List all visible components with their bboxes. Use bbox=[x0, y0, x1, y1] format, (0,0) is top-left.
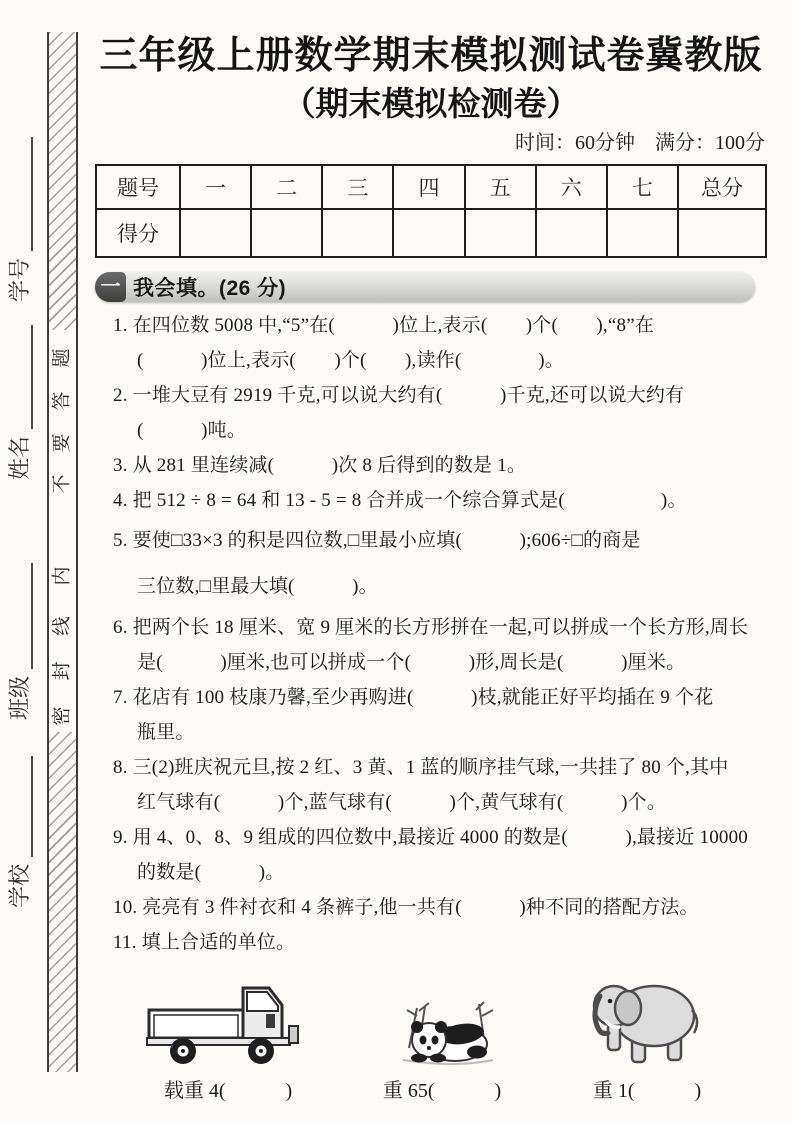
score-blank-cell bbox=[393, 209, 464, 257]
school-label: 学校 bbox=[7, 864, 33, 908]
seal-line-character: 线 bbox=[52, 613, 74, 640]
truck-icon bbox=[143, 974, 313, 1066]
main-content: 三年级上册数学期末模拟测试卷冀教版 （期末模拟检测卷） 时间：60分钟 满分：1… bbox=[95, 30, 767, 1103]
question-6-line-2: 是( )厘米,也可以拼成一个( )形,周长是( )厘米。 bbox=[95, 645, 767, 680]
score-table-header-row: 题号 一 二 三 四 五 六 七 总分 bbox=[96, 165, 766, 209]
score-table-header-cell: 四 bbox=[393, 165, 464, 209]
question-5: 5. 要使□33×3 的积是四位数,□里最小应填( );606÷□的商是三位数,… bbox=[95, 518, 767, 610]
question-6: 6. 把两个长 18 厘米、宽 9 厘米的长方形拼在一起,可以拼成一个长方形,周… bbox=[95, 610, 767, 680]
seal-line-character: 密 bbox=[52, 703, 74, 730]
score-table: 题号 一 二 三 四 五 六 七 总分 得分 bbox=[95, 164, 767, 258]
question-8-line-1: 8. 三(2)班庆祝元旦,按 2 红、3 黄、1 蓝的顺序挂气球,一共挂了 80… bbox=[95, 750, 767, 785]
question-10-line-1: 10. 亮亮有 3 件衬衣和 4 条裤子,他一共有( )种不同的搭配方法。 bbox=[95, 890, 767, 925]
section-header: 一 我会填。(26 分) bbox=[95, 272, 755, 302]
seal-line-character: 不 bbox=[52, 471, 74, 498]
student-id-blank bbox=[11, 137, 33, 251]
question-5-line-2: 三位数,□里最大填( )。 bbox=[95, 564, 767, 610]
question-7-line-1: 7. 花店有 100 枝康乃馨,至少再购进( )枝,就能正好平均插在 9 个花 bbox=[95, 680, 767, 715]
question-2-line-1: 2. 一堆大豆有 2919 千克,可以说大约有( )千克,还可以说大约有 bbox=[95, 378, 767, 413]
name-blank bbox=[11, 325, 33, 429]
question-6-line-1: 6. 把两个长 18 厘米、宽 9 厘米的长方形拼在一起,可以拼成一个长方形,周… bbox=[95, 610, 767, 645]
seal-line-character: 内 bbox=[52, 563, 74, 590]
school-field: 学校 bbox=[7, 756, 33, 908]
question-5-line-1: 5. 要使□33×3 的积是四位数,□里最小应填( );606÷□的商是 bbox=[95, 518, 767, 564]
score-blank-cell bbox=[536, 209, 607, 257]
score-blank-cell bbox=[465, 209, 536, 257]
question-2: 2. 一堆大豆有 2919 千克,可以说大约有( )千克,还可以说大约有( )吨… bbox=[95, 378, 767, 448]
question-7-line-2: 瓶里。 bbox=[95, 715, 767, 750]
panda-caption: 重 65( ) bbox=[383, 1074, 501, 1103]
question-list: 1. 在四位数 5008 中,“5”在( )位上,表示( )个( ),“8”在(… bbox=[95, 308, 767, 960]
student-id-field: 学号 bbox=[7, 137, 33, 302]
time-score-info: 时间：60分钟 满分：100分 bbox=[95, 130, 767, 156]
score-blank-cell bbox=[607, 209, 678, 257]
class-field: 班级 bbox=[7, 563, 33, 720]
question-2-line-2: ( )吨。 bbox=[95, 413, 767, 448]
seal-line-character: 答 bbox=[52, 388, 74, 415]
question-4-line-1: 4. 把 512 ÷ 8 = 64 和 13 - 5 = 8 合并成一个综合算式… bbox=[95, 483, 767, 518]
score-blank-cell bbox=[322, 209, 393, 257]
section-number-badge: 一 bbox=[95, 272, 126, 302]
score-blank-cell bbox=[180, 209, 251, 257]
question-11-line-1: 11. 填上合适的单位。 bbox=[95, 925, 767, 960]
score-table-score-row: 得分 bbox=[96, 209, 766, 257]
name-label: 姓名 bbox=[7, 436, 33, 480]
question-10: 10. 亮亮有 3 件衬衣和 4 条裤子,他一共有( )种不同的搭配方法。 bbox=[95, 890, 767, 925]
score-table-header-cell: 二 bbox=[251, 165, 322, 209]
score-table-header-cell: 七 bbox=[607, 165, 678, 209]
name-field: 姓名 bbox=[7, 325, 33, 480]
student-id-label: 学号 bbox=[7, 258, 33, 302]
score-table-header-cell: 总分 bbox=[678, 165, 766, 209]
truck-caption: 载重 4( ) bbox=[164, 1074, 292, 1103]
question-1-line-2: ( )位上,表示( )个( ),读作( )。 bbox=[95, 343, 767, 378]
score-blank-cell bbox=[251, 209, 322, 257]
question-11: 11. 填上合适的单位。 bbox=[95, 925, 767, 960]
score-label-cell: 得分 bbox=[96, 209, 180, 257]
elephant-icon bbox=[588, 966, 706, 1066]
score-table-header-cell: 题号 bbox=[96, 165, 180, 209]
class-label: 班级 bbox=[7, 676, 33, 720]
section-title: 我会填。(26 分) bbox=[133, 272, 286, 302]
question-3: 3. 从 281 里连续减( )次 8 后得到的数是 1。 bbox=[95, 448, 767, 483]
question-1: 1. 在四位数 5008 中,“5”在( )位上,表示( )个( ),“8”在(… bbox=[95, 308, 767, 378]
seal-line-character: 要 bbox=[52, 430, 74, 457]
school-blank bbox=[11, 756, 33, 857]
page-title: 三年级上册数学期末模拟测试卷冀教版 bbox=[95, 30, 767, 82]
seal-line-strip: 题答要不内线封密 bbox=[47, 32, 78, 1072]
elephant-figure: 重 1( ) bbox=[588, 966, 706, 1103]
score-blank-cell bbox=[678, 209, 766, 257]
elephant-caption: 重 1( ) bbox=[593, 1074, 701, 1103]
page-subtitle: （期末模拟检测卷） bbox=[95, 82, 767, 128]
exam-paper: 题答要不内线封密 学号 姓名 班级 学校 三年级上册数学期末模拟测试卷冀教版 （… bbox=[0, 0, 793, 1122]
score-table-header-cell: 一 bbox=[180, 165, 251, 209]
score-table-header-cell: 五 bbox=[465, 165, 536, 209]
question-9-line-2: 的数是( )。 bbox=[95, 855, 767, 890]
question-9-line-1: 9. 用 4、0、8、9 组成的四位数中,最接近 4000 的数是( ),最接近… bbox=[95, 820, 767, 855]
score-table-header-cell: 三 bbox=[322, 165, 393, 209]
question-7: 7. 花店有 100 枝康乃馨,至少再购进( )枝,就能正好平均插在 9 个花瓶… bbox=[95, 680, 767, 750]
class-blank bbox=[11, 563, 33, 669]
panda-icon bbox=[367, 996, 517, 1066]
question-8-line-2: 红气球有( )个,蓝气球有( )个,黄气球有( )个。 bbox=[95, 785, 767, 820]
panda-figure: 重 65( ) bbox=[367, 996, 517, 1103]
question-1-line-1: 1. 在四位数 5008 中,“5”在( )位上,表示( )个( ),“8”在 bbox=[95, 308, 767, 343]
seal-line-character: 题 bbox=[52, 345, 74, 372]
question-8: 8. 三(2)班庆祝元旦,按 2 红、3 黄、1 蓝的顺序挂气球,一共挂了 80… bbox=[95, 750, 767, 820]
question-3-line-1: 3. 从 281 里连续减( )次 8 后得到的数是 1。 bbox=[95, 448, 767, 483]
question-4: 4. 把 512 ÷ 8 = 64 和 13 - 5 = 8 合并成一个综合算式… bbox=[95, 483, 767, 518]
question-9: 9. 用 4、0、8、9 组成的四位数中,最接近 4000 的数是( ),最接近… bbox=[95, 820, 767, 890]
seal-line-character: 封 bbox=[52, 658, 74, 685]
truck-figure: 载重 4( ) bbox=[143, 974, 313, 1103]
score-table-header-cell: 六 bbox=[536, 165, 607, 209]
unit-illustrations: 载重 4( ) bbox=[95, 966, 767, 1103]
